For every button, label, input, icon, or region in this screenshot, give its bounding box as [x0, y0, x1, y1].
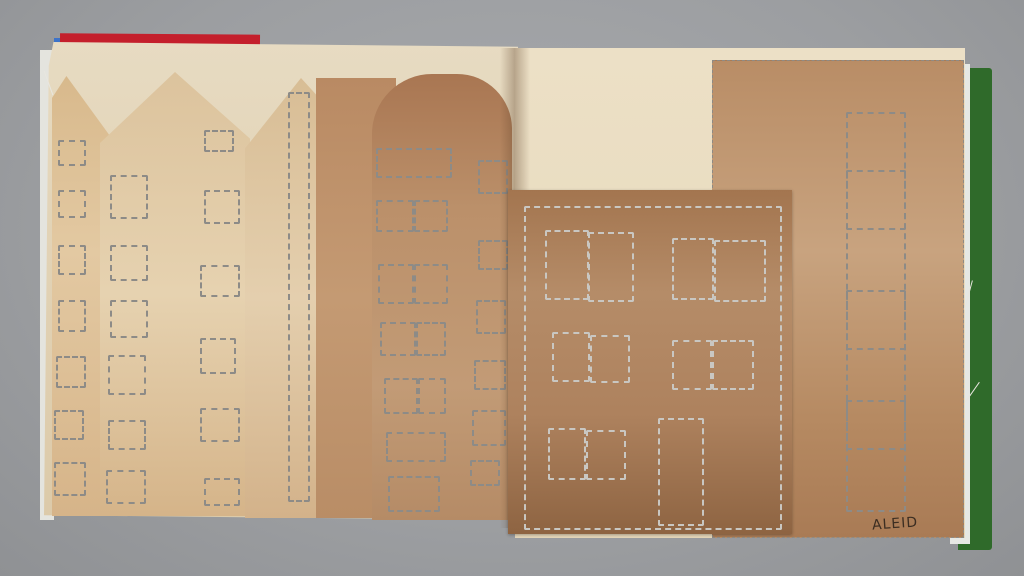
stitched-window — [672, 238, 714, 300]
stitched-window — [376, 200, 414, 232]
stitched-window — [58, 190, 86, 218]
stitched-ladder — [288, 92, 310, 502]
stitched-window — [380, 322, 416, 356]
stitched-window — [376, 148, 452, 178]
stitched-window — [54, 410, 84, 440]
stitched-window — [545, 230, 589, 300]
stitched-window — [416, 322, 446, 356]
building-facade-3 — [245, 78, 325, 518]
stitched-window — [110, 245, 148, 281]
stitched-window — [204, 190, 240, 224]
stitched-window — [56, 356, 86, 388]
stitched-window — [58, 245, 86, 275]
stitched-window — [846, 290, 906, 350]
stitched-window — [846, 170, 906, 230]
stitched-window — [108, 355, 146, 395]
stitched-window — [200, 408, 240, 442]
stitched-window — [386, 432, 446, 462]
stitched-window — [548, 428, 586, 480]
stitched-window — [590, 335, 630, 383]
stitched-window — [418, 378, 446, 414]
stitched-window — [110, 300, 148, 338]
stitched-window — [388, 476, 440, 512]
artist-signature: ALEID — [871, 514, 918, 533]
stitched-window — [110, 175, 148, 219]
stitched-window — [552, 332, 590, 382]
stitched-window — [108, 420, 146, 450]
stitched-window — [200, 338, 236, 374]
stitched-window — [414, 264, 448, 304]
stitched-door — [658, 418, 704, 526]
stitched-window — [58, 140, 86, 166]
stitched-window — [714, 240, 766, 302]
stitched-window — [712, 340, 754, 390]
stitched-window — [414, 200, 448, 232]
stitched-window — [846, 400, 906, 450]
stitched-window — [54, 462, 86, 496]
stitched-window — [586, 430, 626, 480]
stitched-window — [200, 265, 240, 297]
stitched-window — [672, 340, 712, 390]
stitched-window — [58, 300, 86, 332]
stitched-window — [384, 378, 418, 414]
stitched-window — [204, 478, 240, 506]
stitched-window — [204, 130, 234, 152]
stitched-window — [470, 460, 500, 486]
stitched-window — [106, 470, 146, 504]
stitched-window — [378, 264, 414, 304]
stitched-window — [588, 232, 634, 302]
